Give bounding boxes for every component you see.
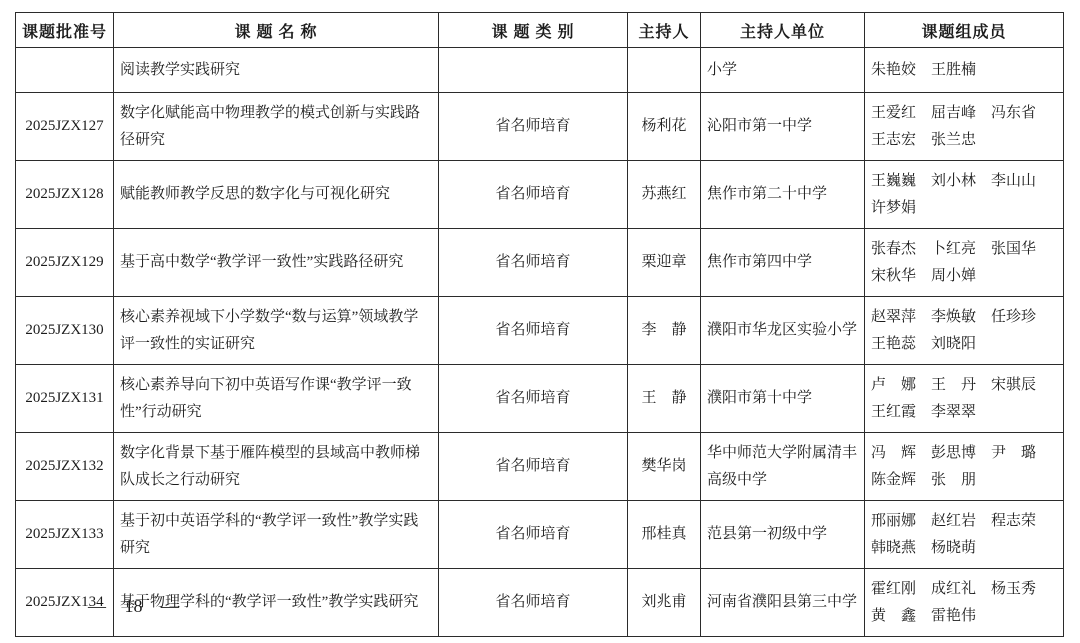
cell-team-members: 卢 娜 王 丹 宋骐辰 王红霞 李翠翠: [865, 365, 1064, 433]
cell-project-category: 省名师培育: [439, 93, 628, 161]
cell-host: [628, 48, 701, 93]
cell-team-members: 朱艳姣 王胜楠: [865, 48, 1064, 93]
cell-project-title: 阅读教学实践研究: [114, 48, 439, 93]
cell-host: 杨利花: [628, 93, 701, 161]
document-page: 课题批准号 课 题 名 称 课 题 类 别 主持人 主持人单位 课题组成员 阅读…: [0, 0, 1080, 643]
cell-project-title: 数字化赋能高中物理教学的模式创新与实践路径研究: [114, 93, 439, 161]
table-header-row: 课题批准号 课 题 名 称 课 题 类 别 主持人 主持人单位 课题组成员: [16, 13, 1064, 48]
table-row: 2025JZX128 赋能教师教学反思的数字化与可视化研究 省名师培育 苏燕红 …: [16, 161, 1064, 229]
cell-project-title: 核心素养视域下小学数学“数与运算”领域教学评一致性的实证研究: [114, 297, 439, 365]
cell-project-title: 赋能教师教学反思的数字化与可视化研究: [114, 161, 439, 229]
cell-host-unit: 沁阳市第一中学: [701, 93, 865, 161]
col-header-team-members: 课题组成员: [865, 13, 1064, 48]
table-row: 2025JZX129 基于高中数学“教学评一致性”实践路径研究 省名师培育 栗迎…: [16, 229, 1064, 297]
col-header-approval-number: 课题批准号: [16, 13, 114, 48]
cell-project-category: 省名师培育: [439, 569, 628, 637]
col-header-project-title: 课 题 名 称: [114, 13, 439, 48]
cell-host-unit: 华中师范大学附属清丰高级中学: [701, 433, 865, 501]
table-row: 2025JZX130 核心素养视域下小学数学“数与运算”领域教学评一致性的实证研…: [16, 297, 1064, 365]
cell-approval-number: 2025JZX130: [16, 297, 114, 365]
cell-host: 苏燕红: [628, 161, 701, 229]
cell-host-unit: 河南省濮阳县第三中学: [701, 569, 865, 637]
table-row: 2025JZX127 数字化赋能高中物理教学的模式创新与实践路径研究 省名师培育…: [16, 93, 1064, 161]
cell-host-unit: 焦作市第四中学: [701, 229, 865, 297]
col-header-host: 主持人: [628, 13, 701, 48]
cell-team-members: 张春杰 卜红亮 张国华 宋秋华 周小婵: [865, 229, 1064, 297]
cell-team-members: 霍红刚 成红礼 杨玉秀 黄 鑫 雷艳伟: [865, 569, 1064, 637]
cell-approval-number: 2025JZX127: [16, 93, 114, 161]
cell-host: 樊华岗: [628, 433, 701, 501]
cell-project-title: 核心素养导向下初中英语写作课“教学评一致性”行动研究: [114, 365, 439, 433]
cell-project-category: [439, 48, 628, 93]
cell-host: 邢桂真: [628, 501, 701, 569]
page-number: — 18 —: [88, 596, 179, 617]
cell-project-category: 省名师培育: [439, 501, 628, 569]
table-row: 2025JZX133 基于初中英语学科的“教学评一致性”教学实践研究 省名师培育…: [16, 501, 1064, 569]
table-row: 阅读教学实践研究 小学 朱艳姣 王胜楠: [16, 48, 1064, 93]
cell-project-title: 基于高中数学“教学评一致性”实践路径研究: [114, 229, 439, 297]
cell-project-category: 省名师培育: [439, 297, 628, 365]
table-row: 2025JZX132 数字化背景下基于雁阵模型的县域高中教师梯队成长之行动研究 …: [16, 433, 1064, 501]
cell-host: 李 静: [628, 297, 701, 365]
project-approval-table: 课题批准号 课 题 名 称 课 题 类 别 主持人 主持人单位 课题组成员 阅读…: [15, 12, 1064, 637]
cell-team-members: 王爱红 屈吉峰 冯东省 王志宏 张兰忠: [865, 93, 1064, 161]
cell-team-members: 冯 辉 彭思博 尹 璐 陈金辉 张 朋: [865, 433, 1064, 501]
cell-approval-number: [16, 48, 114, 93]
cell-project-title: 数字化背景下基于雁阵模型的县域高中教师梯队成长之行动研究: [114, 433, 439, 501]
cell-host-unit: 小学: [701, 48, 865, 93]
cell-host-unit: 焦作市第二十中学: [701, 161, 865, 229]
cell-approval-number: 2025JZX133: [16, 501, 114, 569]
cell-host-unit: 范县第一初级中学: [701, 501, 865, 569]
cell-approval-number: 2025JZX129: [16, 229, 114, 297]
cell-team-members: 王巍巍 刘小林 李山山 许梦娟: [865, 161, 1064, 229]
col-header-host-unit: 主持人单位: [701, 13, 865, 48]
cell-project-title: 基于初中英语学科的“教学评一致性”教学实践研究: [114, 501, 439, 569]
cell-approval-number: 2025JZX128: [16, 161, 114, 229]
cell-team-members: 赵翠萍 李焕敏 任珍珍 王艳蕊 刘晓阳: [865, 297, 1064, 365]
cell-project-category: 省名师培育: [439, 433, 628, 501]
table-row: 2025JZX131 核心素养导向下初中英语写作课“教学评一致性”行动研究 省名…: [16, 365, 1064, 433]
cell-host: 栗迎章: [628, 229, 701, 297]
cell-team-members: 邢丽娜 赵红岩 程志荣 韩晓燕 杨晓萌: [865, 501, 1064, 569]
cell-approval-number: 2025JZX131: [16, 365, 114, 433]
col-header-project-category: 课 题 类 别: [439, 13, 628, 48]
cell-host: 刘兆甫: [628, 569, 701, 637]
cell-project-category: 省名师培育: [439, 161, 628, 229]
cell-project-category: 省名师培育: [439, 229, 628, 297]
cell-host-unit: 濮阳市第十中学: [701, 365, 865, 433]
cell-approval-number: 2025JZX132: [16, 433, 114, 501]
cell-host: 王 静: [628, 365, 701, 433]
cell-host-unit: 濮阳市华龙区实验小学: [701, 297, 865, 365]
cell-project-category: 省名师培育: [439, 365, 628, 433]
